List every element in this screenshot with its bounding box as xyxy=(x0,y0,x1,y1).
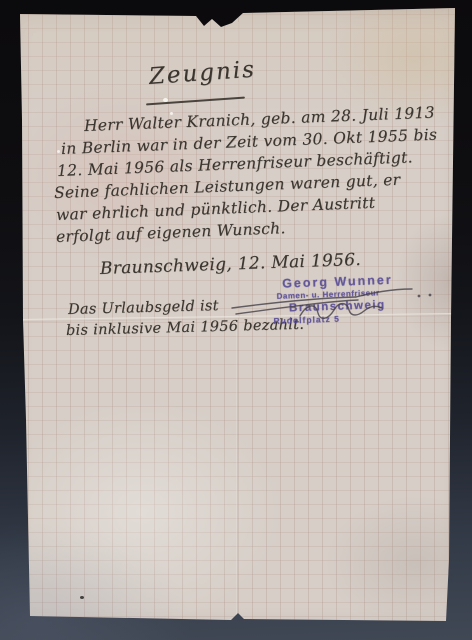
paper-speck xyxy=(57,150,60,153)
photo-background: Zeugnis Herr Walter Kranich, geb. am 28.… xyxy=(0,0,472,640)
vertical-fold-crease-lower xyxy=(236,320,238,616)
paper: Zeugnis Herr Walter Kranich, geb. am 28.… xyxy=(0,0,472,640)
title-underline xyxy=(146,97,245,106)
body-line-6: erfolgt auf eigenen Wunsch. xyxy=(56,219,286,246)
rubber-stamp: Georg Wunner Damen- u. Herrenfriseur Bra… xyxy=(272,272,444,325)
document-title: Zeugnis xyxy=(148,57,257,90)
paper-speck xyxy=(80,596,84,599)
postscript-line-1: Das Urlaubsgeld ist xyxy=(68,298,219,318)
